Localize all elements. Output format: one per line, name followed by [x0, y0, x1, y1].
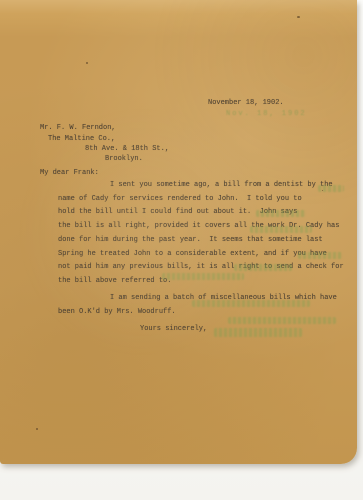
body-line: Spring he treated John to a considerable… [58, 250, 327, 259]
body-line: been O.K'd by Mrs. Woodruff. [58, 308, 176, 317]
ink-smudge [234, 264, 292, 271]
recipient-name: Mr. F. W. Ferndon, [40, 124, 116, 133]
recipient-street: 8th Ave. & 18th St., [85, 145, 169, 154]
recipient-company: The Maltine Co., [48, 135, 115, 144]
received-stamp-ghost: Nov. 18, 1902 [226, 110, 307, 118]
letter-paper: November 18, 1902. Nov. 18, 1902 Mr. F. … [0, 0, 357, 464]
paper-speck [36, 428, 38, 430]
body-line: the bill above referred to. [58, 277, 171, 286]
paper-speck [322, 190, 323, 191]
body-line: not paid him any previous bills, it is a… [58, 263, 344, 272]
body-line: I sent you sometime ago, a bill from a d… [110, 181, 333, 190]
closing-line: Yours sincerely, [140, 325, 207, 334]
ink-smudge [228, 317, 336, 324]
scanned-letter-photo: November 18, 1902. Nov. 18, 1902 Mr. F. … [0, 0, 363, 500]
ink-smudge [162, 273, 244, 280]
body-line: done for him during the past year. It se… [58, 236, 323, 245]
ink-smudge [214, 328, 302, 337]
paper-speck [86, 62, 88, 64]
ink-smudge [250, 226, 312, 233]
body-line: name of Cady for services rendered to Jo… [58, 195, 302, 204]
ink-smudge [298, 252, 342, 259]
ink-smudge [256, 210, 306, 217]
salutation: My dear Frank: [40, 169, 99, 178]
recipient-city: Brooklyn. [105, 155, 143, 164]
paper-speck [297, 16, 300, 18]
ink-smudge [192, 300, 310, 307]
date-line: November 18, 1902. [208, 99, 284, 108]
